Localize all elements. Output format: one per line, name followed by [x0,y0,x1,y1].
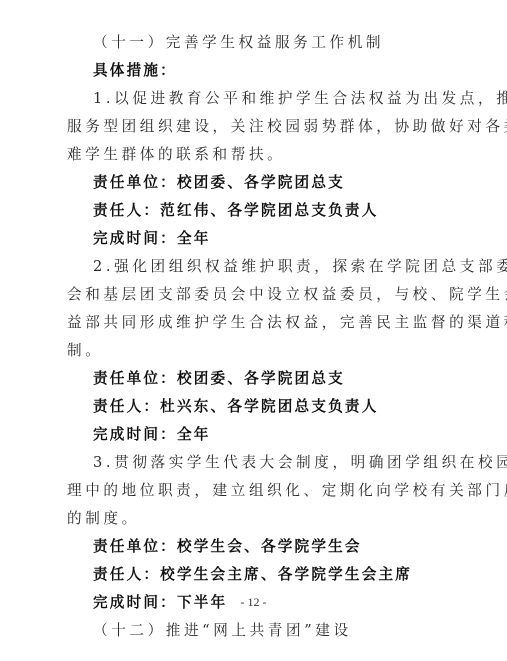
section-heading-12: （十二）推进“网上共青团”建设 [93,619,409,643]
page-number: - 12 - [0,595,507,610]
paragraph-line: 制。 [67,339,409,363]
responsible-unit: 责任单位：校团委、各学院团总支 [93,171,409,195]
paragraph-line: 2.强化团组织权益维护职责，探索在学院团总支部委员 [93,255,409,279]
paragraph-line: 1.以促进教育公平和维护学生合法权益为出发点，推进 [93,87,409,111]
paragraph-line: 服务型团组织建设，关注校园弱势群体，协助做好对各类困 [67,115,409,139]
paragraph-line: 益部共同形成维护学生合法权益，完善民主监督的渠道和机 [67,311,409,335]
section-heading-11: （十一）完善学生权益服务工作机制 [93,31,409,55]
paragraph-line: 会和基层团支部委员会中设立权益委员，与校、院学生会权 [67,283,409,307]
completion-time: 完成时间：全年 [93,423,409,447]
responsible-unit: 责任单位：校团委、各学院团总支 [93,367,409,391]
paragraph-line: 的制度。 [67,507,409,531]
paragraph-line: 难学生群体的联系和帮扶。 [67,143,409,167]
responsible-person: 责任人：杜兴东、各学院团总支负责人 [93,395,409,419]
measures-label: 具体措施： [93,59,409,83]
responsible-person: 责任人：范红伟、各学院团总支负责人 [93,199,409,223]
document-page: （十一）完善学生权益服务工作机制 具体措施： 1.以促进教育公平和维护学生合法权… [0,0,507,661]
paragraph-line: 3.贯彻落实学生代表大会制度，明确团学组织在校园治 [93,451,409,475]
completion-time: 完成时间：全年 [93,227,409,251]
paragraph-line: 理中的地位职责，建立组织化、定期化向学校有关部门反馈 [67,479,409,503]
responsible-unit: 责任单位：校学生会、各学院学生会 [93,535,409,559]
responsible-person: 责任人：校学生会主席、各学院学生会主席 [93,563,409,587]
